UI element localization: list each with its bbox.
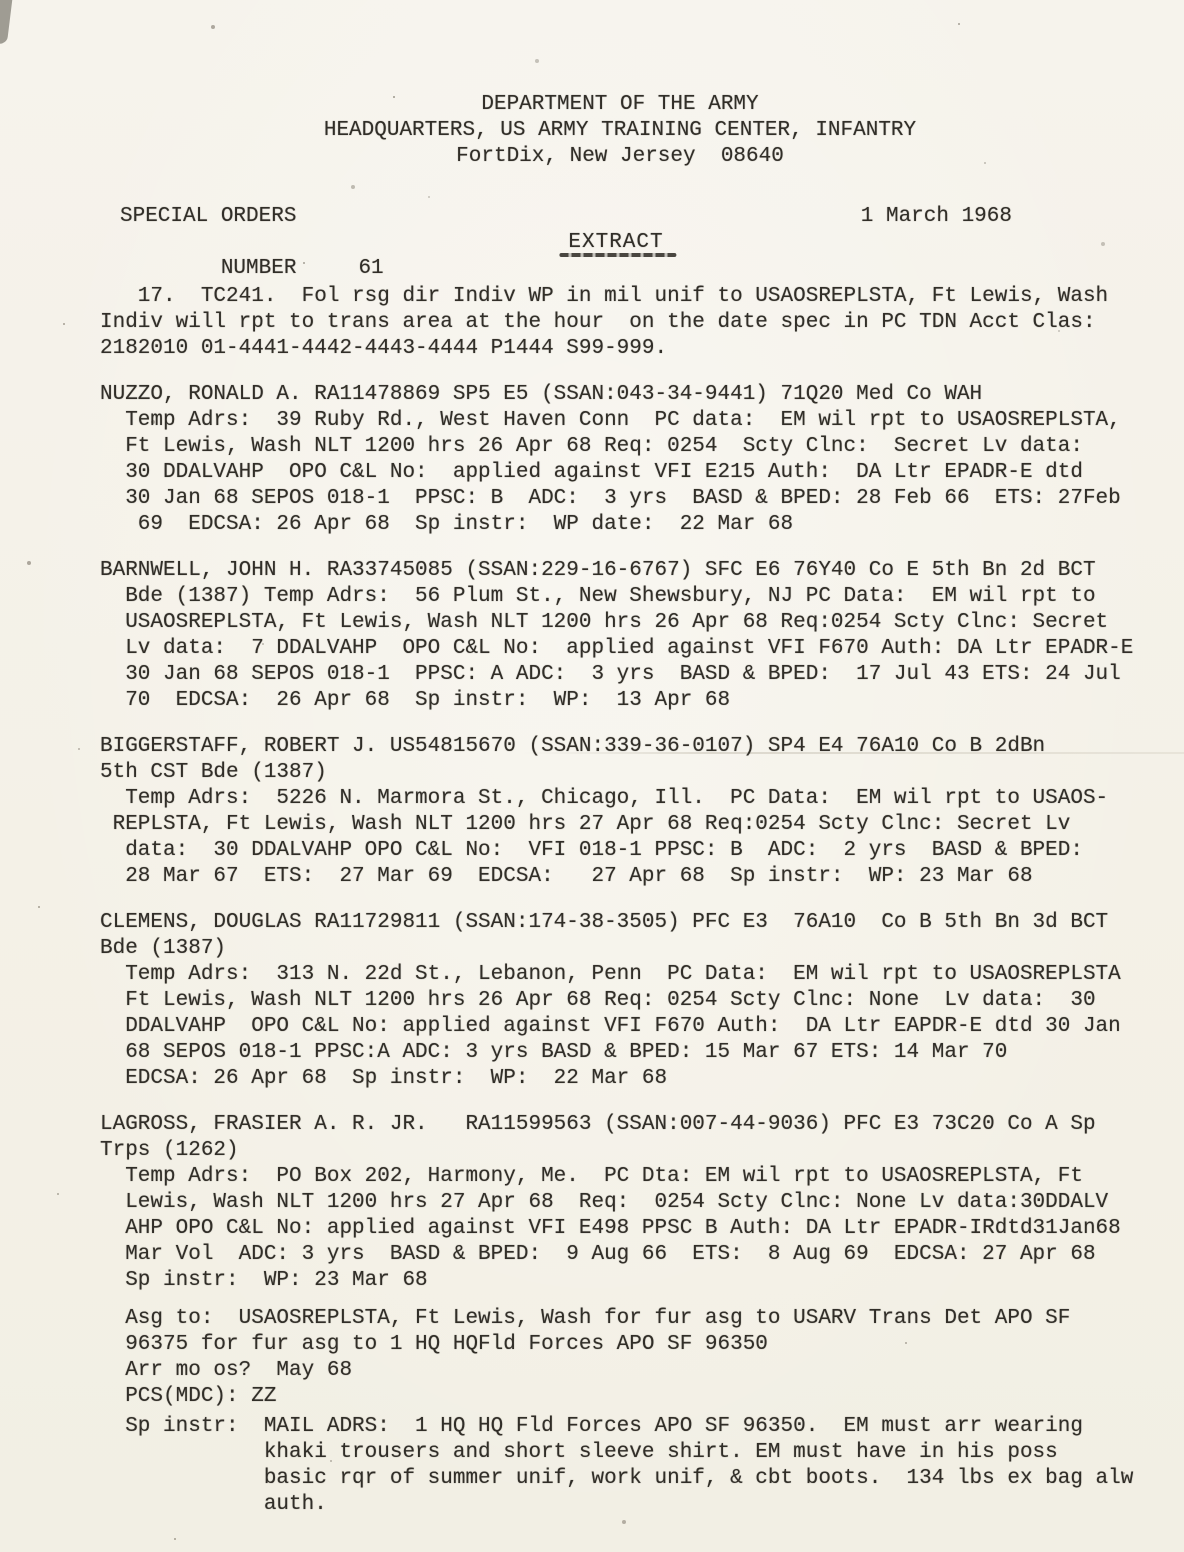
para-17-line-3: 2182010 01-4441-4442-4443-4444 P1444 S99… — [100, 336, 1140, 362]
entry-clemens: CLEMENS, DOUGLAS RA11729811 (SSAN:174-38… — [100, 910, 1140, 1092]
special-instructions-block-line-3: basic rqr of summer unif, work unif, & c… — [100, 1466, 1140, 1492]
orders-date: 1 March 1968 — [861, 204, 1012, 230]
entry-biggerstaff-line-1: BIGGERSTAFF, ROBERT J. US54815670 (SSAN:… — [100, 734, 1140, 760]
entry-nuzzo-line-1: NUZZO, RONALD A. RA11478869 SP5 E5 (SSAN… — [100, 382, 1140, 408]
special-instructions-block-line-4: auth. — [100, 1492, 1140, 1518]
entry-barnwell-line-4: Lv data: 7 DDALVAHP OPO C&L No: applied … — [100, 636, 1140, 662]
entry-clemens-line-5: DDALVAHP OPO C&L No: applied against VFI… — [100, 1014, 1140, 1040]
letterhead-line-1: DEPARTMENT OF THE ARMY — [100, 92, 1140, 118]
scan-corner-mark — [0, 0, 13, 45]
entry-lagross-line-7: Sp instr: WP: 23 Mar 68 — [100, 1268, 1140, 1294]
entry-lagross-line-4: Lewis, Wash NLT 1200 hrs 27 Apr 68 Req: … — [100, 1190, 1140, 1216]
entry-biggerstaff-line-4: REPLSTA, Ft Lewis, Wash NLT 1200 hrs 27 … — [100, 812, 1140, 838]
orders-title-row: SPECIAL ORDERS 1 March 1968 — [120, 204, 1140, 230]
entry-lagross-line-3: Temp Adrs: PO Box 202, Harmony, Me. PC D… — [100, 1164, 1140, 1190]
entry-clemens-line-2: Bde (1387) — [100, 936, 1140, 962]
extract-underline — [559, 253, 676, 257]
orders-number-row: NUMBER61 EXTRACT — [120, 230, 1140, 256]
assignment-block-line-2: 96375 for fur asg to 1 HQ HQFld Forces A… — [100, 1332, 1140, 1358]
entry-nuzzo-line-5: 30 Jan 68 SEPOS 018-1 PPSC: B ADC: 3 yrs… — [100, 486, 1140, 512]
letterhead-line-2: HEADQUARTERS, US ARMY TRAINING CENTER, I… — [100, 118, 1140, 144]
entry-barnwell-line-5: 30 Jan 68 SEPOS 018-1 PPSC: A ADC: 3 yrs… — [100, 662, 1140, 688]
entry-clemens-line-4: Ft Lewis, Wash NLT 1200 hrs 26 Apr 68 Re… — [100, 988, 1140, 1014]
orders-heading: SPECIAL ORDERS 1 March 1968 NUMBER61 EXT… — [120, 204, 1140, 256]
entry-barnwell: BARNWELL, JOHN H. RA33745085 (SSAN:229-1… — [100, 558, 1140, 714]
entry-lagross-line-6: Mar Vol ADC: 3 yrs BASD & BPED: 9 Aug 66… — [100, 1242, 1140, 1268]
entry-barnwell-line-2: Bde (1387) Temp Adrs: 56 Plum St., New S… — [100, 584, 1140, 610]
assignment-block-line-1: Asg to: USAOSREPLSTA, Ft Lewis, Wash for… — [100, 1306, 1140, 1332]
entry-clemens-line-7: EDCSA: 26 Apr 68 Sp instr: WP: 22 Mar 68 — [100, 1066, 1140, 1092]
orders-number: 61 — [358, 257, 383, 280]
entry-barnwell-line-6: 70 EDCSA: 26 Apr 68 Sp instr: WP: 13 Apr… — [100, 688, 1140, 714]
special-instructions-block: Sp instr: MAIL ADRS: 1 HQ HQ Fld Forces … — [100, 1414, 1140, 1518]
extract-heading-text: EXTRACT — [568, 231, 663, 254]
entry-lagross-line-2: Trps (1262) — [100, 1138, 1140, 1164]
entry-lagross-line-1: LAGROSS, FRASIER A. R. JR. RA11599563 (S… — [100, 1112, 1140, 1138]
letterhead: DEPARTMENT OF THE ARMY HEADQUARTERS, US … — [100, 92, 1140, 170]
entry-barnwell-line-3: USAOSREPLSTA, Ft Lewis, Wash NLT 1200 hr… — [100, 610, 1140, 636]
entry-biggerstaff-line-5: data: 30 DDALVAHP OPO C&L No: VFI 018-1 … — [100, 838, 1140, 864]
entry-nuzzo-line-2: Temp Adrs: 39 Ruby Rd., West Haven Conn … — [100, 408, 1140, 434]
special-orders-title: SPECIAL ORDERS — [120, 204, 296, 230]
entry-clemens-line-3: Temp Adrs: 313 N. 22d St., Lebanon, Penn… — [100, 962, 1140, 988]
entry-nuzzo-line-3: Ft Lewis, Wash NLT 1200 hrs 26 Apr 68 Re… — [100, 434, 1140, 460]
entry-clemens-line-1: CLEMENS, DOUGLAS RA11729811 (SSAN:174-38… — [100, 910, 1140, 936]
entry-barnwell-line-1: BARNWELL, JOHN H. RA33745085 (SSAN:229-1… — [100, 558, 1140, 584]
assignment-block-line-4: PCS(MDC): ZZ — [100, 1384, 1140, 1410]
orders-number-label: NUMBER — [221, 257, 297, 280]
special-instructions-block-line-2: khaki trousers and short sleeve shirt. E… — [100, 1440, 1140, 1466]
entry-nuzzo-line-6: 69 EDCSA: 26 Apr 68 Sp instr: WP date: 2… — [100, 512, 1140, 538]
document-page: DEPARTMENT OF THE ARMY HEADQUARTERS, US … — [0, 0, 1184, 1552]
para-17-line-2: Indiv will rpt to trans area at the hour… — [100, 310, 1140, 336]
entry-clemens-line-6: 68 SEPOS 018-1 PPSC:A ADC: 3 yrs BASD & … — [100, 1040, 1140, 1066]
entry-biggerstaff-line-3: Temp Adrs: 5226 N. Marmora St., Chicago,… — [100, 786, 1140, 812]
entry-nuzzo-line-4: 30 DDALVAHP OPO C&L No: applied against … — [100, 460, 1140, 486]
entry-biggerstaff: BIGGERSTAFF, ROBERT J. US54815670 (SSAN:… — [100, 734, 1140, 890]
special-instructions-block-line-1: Sp instr: MAIL ADRS: 1 HQ HQ Fld Forces … — [100, 1414, 1140, 1440]
extract-heading: EXTRACT — [565, 230, 666, 256]
document-body: 17. TC241. Fol rsg dir Indiv WP in mil u… — [100, 284, 1140, 1518]
scan-speckles — [0, 0, 2, 2]
letterhead-line-3: FortDix, New Jersey 08640 — [100, 144, 1140, 170]
document-content: DEPARTMENT OF THE ARMY HEADQUARTERS, US … — [100, 92, 1140, 1518]
para-17: 17. TC241. Fol rsg dir Indiv WP in mil u… — [100, 284, 1140, 362]
assignment-block: Asg to: USAOSREPLSTA, Ft Lewis, Wash for… — [100, 1306, 1140, 1410]
entry-biggerstaff-line-2: 5th CST Bde (1387) — [100, 760, 1140, 786]
entry-lagross-line-5: AHP OPO C&L No: applied against VFI E498… — [100, 1216, 1140, 1242]
entry-biggerstaff-line-6: 28 Mar 67 ETS: 27 Mar 69 EDCSA: 27 Apr 6… — [100, 864, 1140, 890]
entry-lagross: LAGROSS, FRASIER A. R. JR. RA11599563 (S… — [100, 1112, 1140, 1294]
para-17-line-1: 17. TC241. Fol rsg dir Indiv WP in mil u… — [100, 284, 1140, 310]
assignment-block-line-3: Arr mo os? May 68 — [100, 1358, 1140, 1384]
entry-nuzzo: NUZZO, RONALD A. RA11478869 SP5 E5 (SSAN… — [100, 382, 1140, 538]
